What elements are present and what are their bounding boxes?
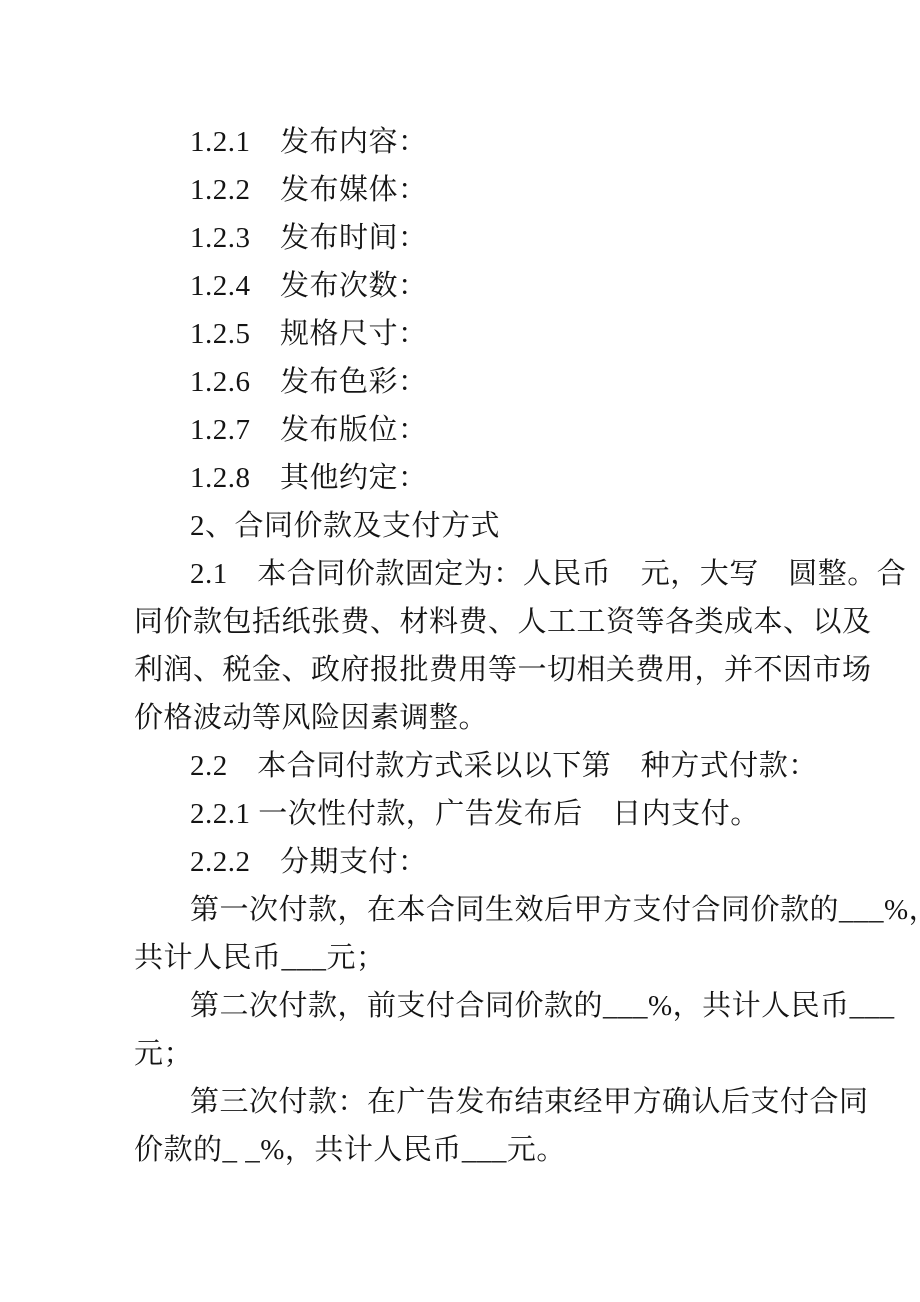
- document-line-14: 2.2 本合同付款方式采以以下第 种方式付款：: [134, 742, 880, 790]
- document-line-6: 1.2.6 发布色彩：: [134, 358, 880, 406]
- document-line-4: 1.2.4 发布次数：: [134, 262, 880, 310]
- document-line-1: 1.2.1 发布内容：: [134, 118, 880, 166]
- document-line-16: 2.2.2 分期支付：: [134, 838, 880, 886]
- document-line-19: 第二次付款，前支付合同价款的___%，共计人民币___: [134, 982, 880, 1030]
- document-line-5: 1.2.5 规格尺寸：: [134, 310, 880, 358]
- document-line-17: 第一次付款，在本合同生效后甲方支付合同价款的___%，: [134, 886, 880, 934]
- document-line-12: 利润、税金、政府报批费用等一切相关费用，并不因市场: [134, 646, 880, 694]
- document-line-3: 1.2.3 发布时间：: [134, 214, 880, 262]
- document-line-8: 1.2.8 其他约定：: [134, 454, 880, 502]
- document-line-22: 价款的_ _%，共计人民币___元。: [134, 1126, 880, 1174]
- document-line-2: 1.2.2 发布媒体：: [134, 166, 880, 214]
- document-line-20: 元；: [134, 1030, 880, 1078]
- document-line-13: 价格波动等风险因素调整。: [134, 694, 880, 742]
- document-line-15: 2.2.1 一次性付款，广告发布后 日内支付。: [134, 790, 880, 838]
- document-line-11: 同价款包括纸张费、材料费、人工工资等各类成本、以及: [134, 598, 880, 646]
- document-lines: 1.2.1 发布内容：1.2.2 发布媒体：1.2.3 发布时间：1.2.4 发…: [0, 0, 920, 1174]
- contract-document-page: 1.2.1 发布内容：1.2.2 发布媒体：1.2.3 发布时间：1.2.4 发…: [0, 0, 920, 1302]
- document-line-7: 1.2.7 发布版位：: [134, 406, 880, 454]
- document-line-18: 共计人民币___元；: [134, 934, 880, 982]
- document-line-10: 2.1 本合同价款固定为：人民币 元，大写 圆整。合: [134, 550, 880, 598]
- document-line-9: 2、合同价款及支付方式: [134, 502, 880, 550]
- document-line-21: 第三次付款：在广告发布结束经甲方确认后支付合同: [134, 1078, 880, 1126]
